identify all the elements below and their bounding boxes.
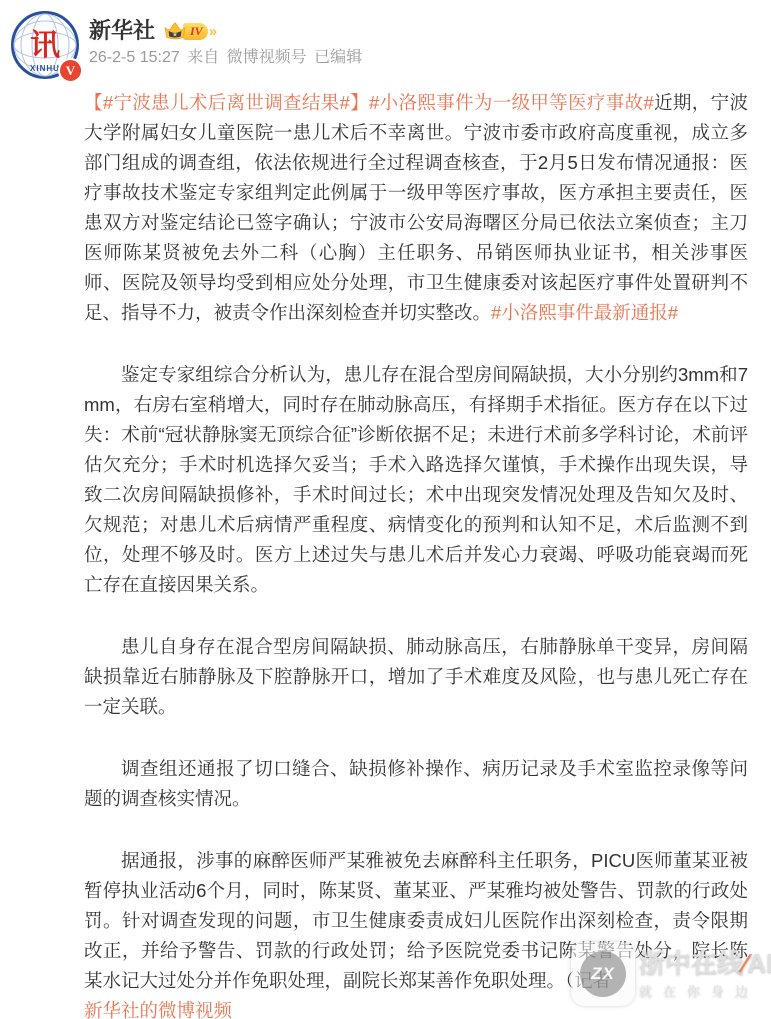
paragraph-investigation-items: 调查组还通报了切口缝合、缺损修补操作、病历记录及手术室监控录像等问题的调查核实情… — [84, 754, 748, 814]
chevron-right-icon: » — [209, 23, 217, 40]
svg-text:讯: 讯 — [30, 29, 60, 62]
edited-flag[interactable]: 已编辑 — [314, 49, 362, 66]
post-meta: 26-2-5 15:27 来自 微博视频号 已编辑 — [89, 48, 365, 68]
vip-crown-badge[interactable]: ★ IV » — [163, 21, 217, 41]
hashtag-headline-link[interactable]: 【#宁波患儿术后离世调查结果#】 — [84, 92, 369, 113]
hashtag-trailing-link[interactable]: #小洛熙事件最新通报# — [491, 302, 678, 323]
post-header: 讯 XINHU V 新华社 ★ IV » 26-2-5 15:27 — [0, 0, 771, 80]
crown-icon: ★ — [163, 21, 187, 41]
weibo-post: 讯 XINHU V 新华社 ★ IV » 26-2-5 15:27 — [0, 0, 771, 1019]
paragraph-intro: 【#宁波患儿术后离世调查结果#】#小洛熙事件为一级甲等医疗事故#近期，宁波大学附… — [84, 88, 748, 328]
watermark: ZX 浙中在线∕APP 就在你身边 — [571, 942, 771, 1006]
source-prefix: 来自 — [187, 49, 219, 66]
watermark-logo-icon: ZX — [571, 942, 635, 1006]
svg-text:XINHU: XINHU — [30, 64, 60, 73]
watermark-slogan: 就在你身边 — [639, 981, 771, 1000]
watermark-app-name: 浙中在线∕APP — [639, 948, 771, 978]
post-content: 【#宁波患儿术后离世调查结果#】#小洛熙事件为一级甲等医疗事故#近期，宁波大学附… — [84, 88, 748, 1019]
svg-text:★: ★ — [172, 31, 178, 38]
timestamp: 26-2-5 15:27 — [89, 49, 180, 66]
paragraph-expert-analysis: 鉴定专家组综合分析认为，患儿存在混合型房间隔缺损，大小分别约3mm和7mm，右房… — [84, 360, 748, 600]
weibo-video-link[interactable]: 新华社的微博视频 — [84, 1000, 232, 1019]
paragraph-intro-text: 近期，宁波大学附属妇女儿童医院一患儿术后不幸离世。宁波市委市政府高度重视，成立多… — [84, 92, 748, 323]
username[interactable]: 新华社 — [89, 17, 155, 45]
hashtag-secondary-link[interactable]: #小洛熙事件为一级甲等医疗事故# — [369, 92, 654, 113]
paragraph-patient-condition: 患儿自身存在混合型房间隔缺损、肺动脉高压，右肺静脉单干变异，房间隔缺损靠近右肺静… — [84, 632, 748, 722]
verified-v-badge-icon: V — [58, 58, 83, 83]
avatar[interactable]: 讯 XINHU V — [10, 10, 80, 80]
source-channel-link[interactable]: 微博视频号 — [227, 49, 307, 66]
